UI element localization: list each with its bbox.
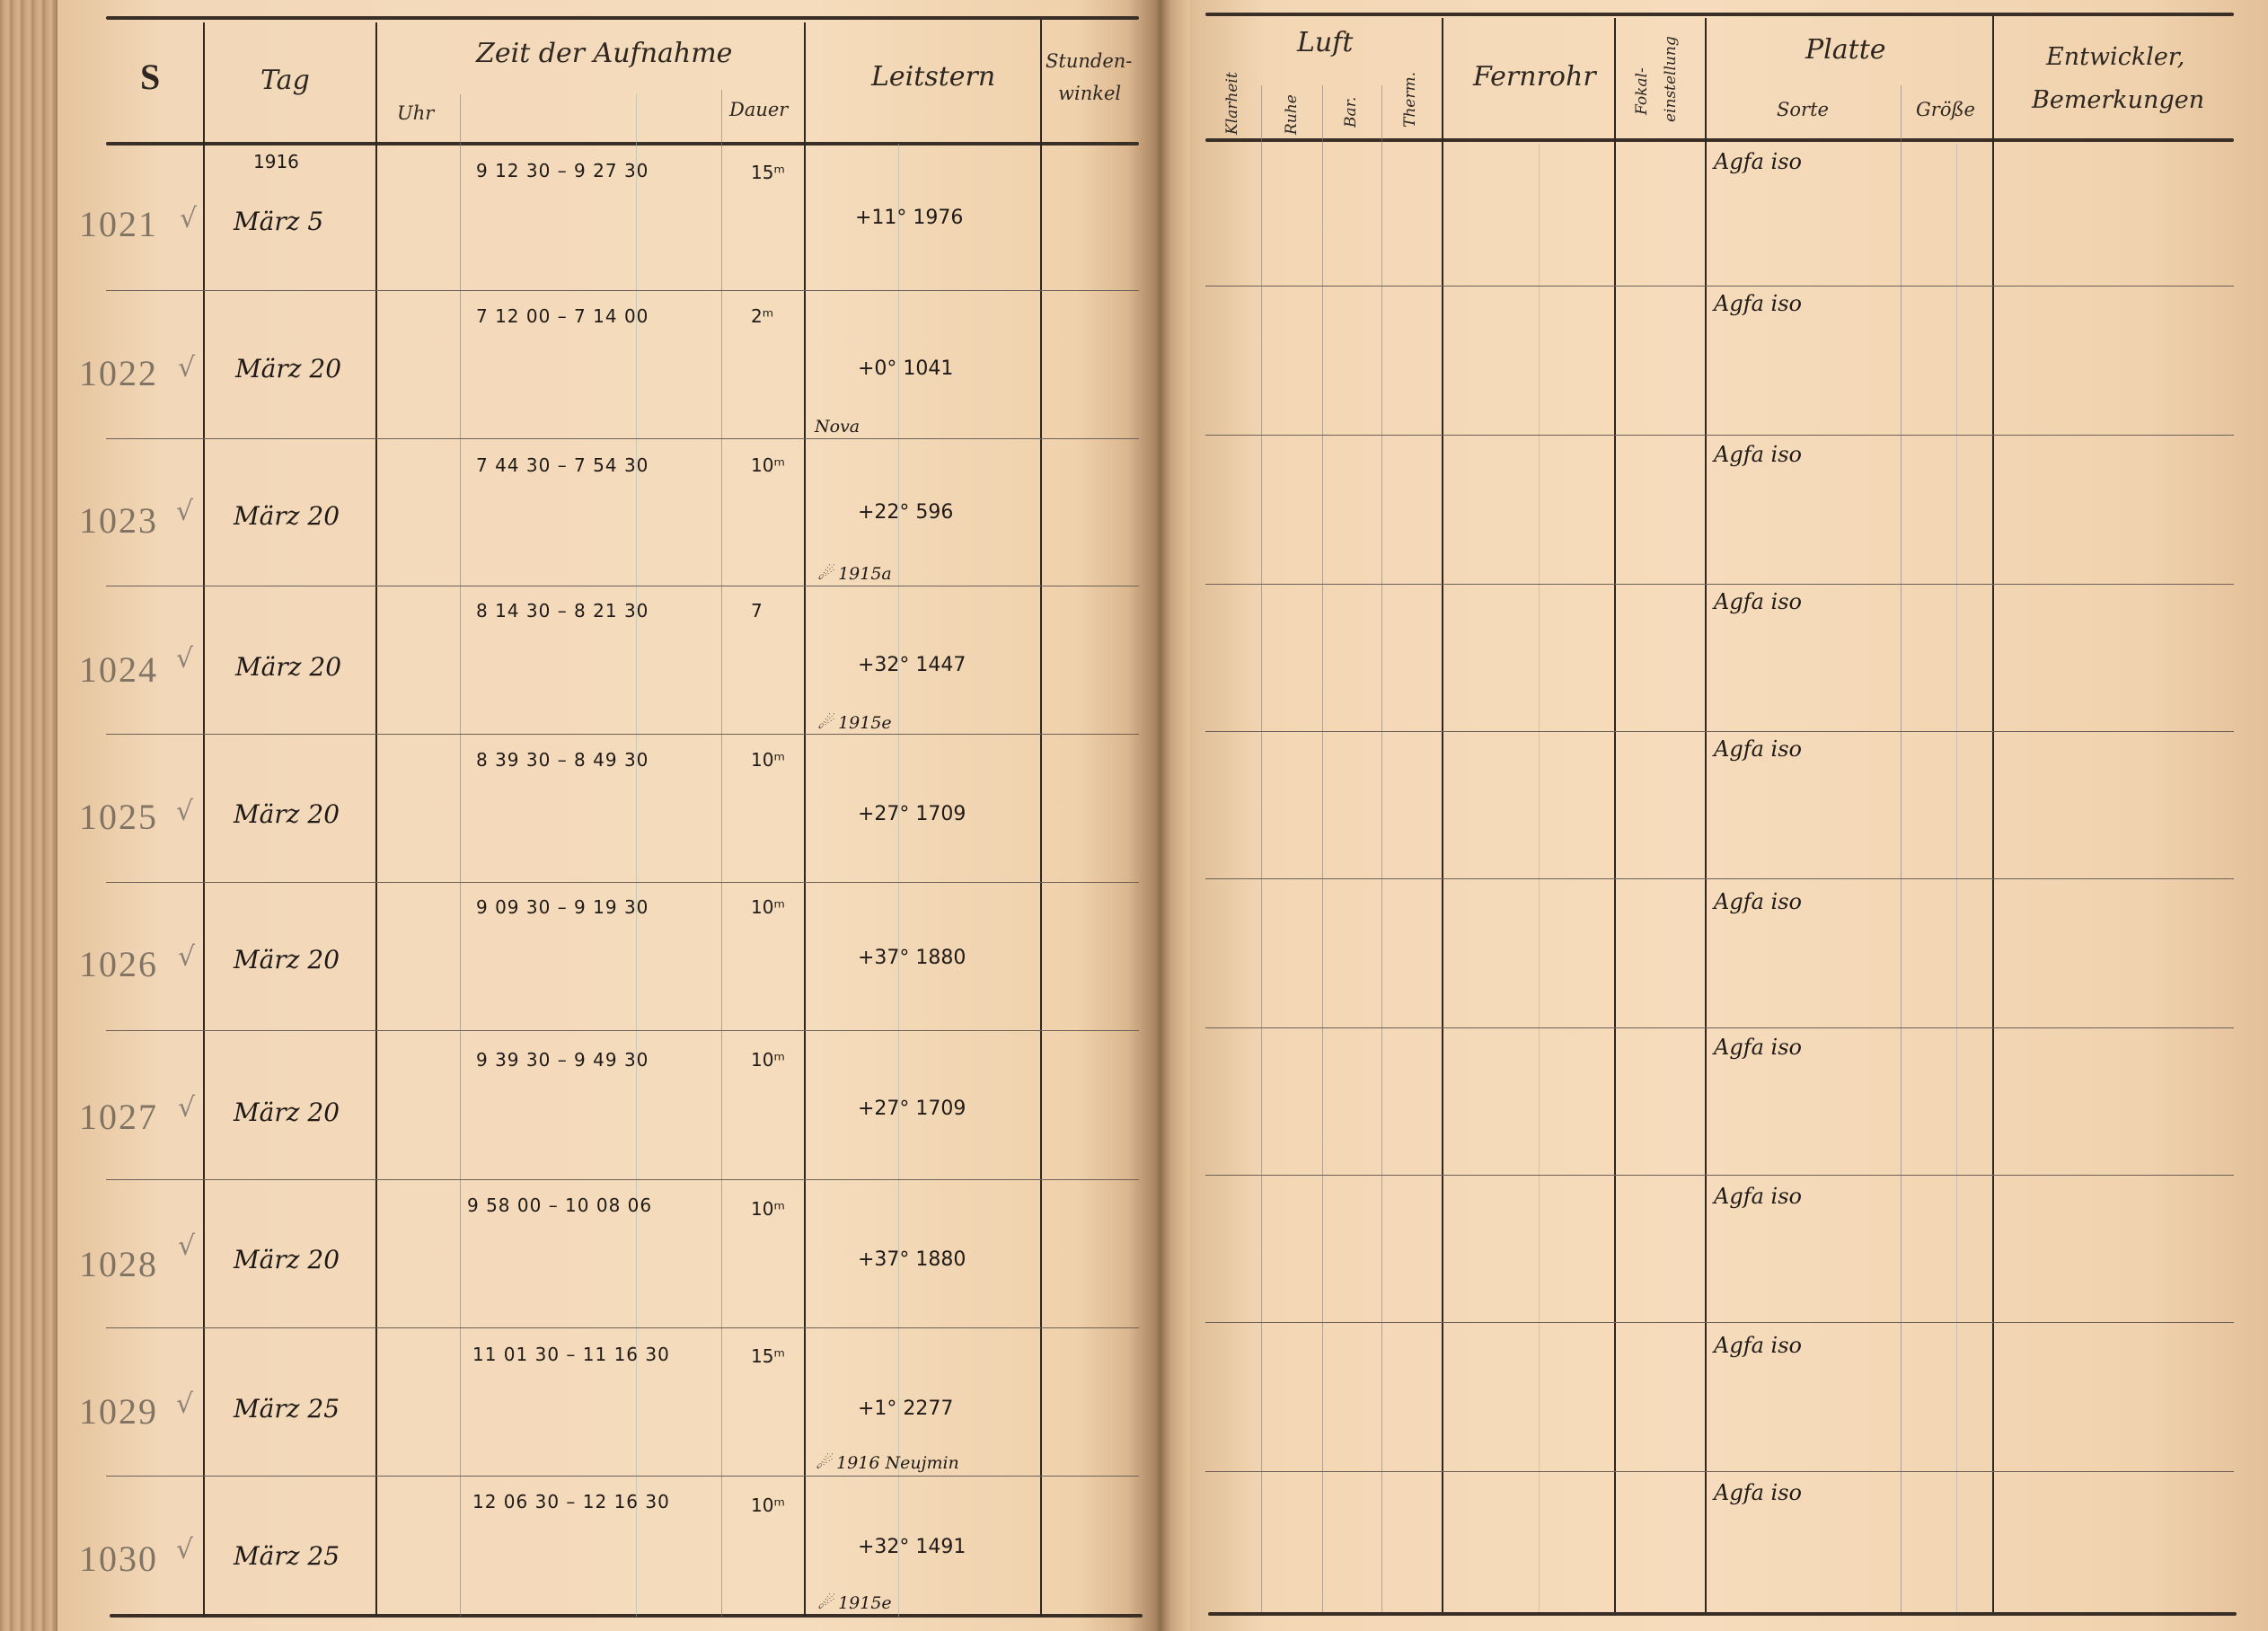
header-stundenwinkel-line2: winkel — [1058, 83, 1121, 104]
header-luft: Luft — [1297, 27, 1353, 58]
col-divider-thin — [1381, 85, 1382, 1612]
duration: 10ᵐ — [751, 749, 785, 771]
check-mark: √ — [178, 941, 195, 973]
check-mark: √ — [176, 796, 193, 827]
note: Nova — [815, 417, 860, 436]
exposure-time: 12 06 30 – 12 16 30 — [472, 1491, 670, 1512]
bottom-rule-right — [1208, 1612, 2237, 1616]
header-entwickler: Entwickler, — [2046, 43, 2184, 71]
exposure-time: 8 39 30 – 8 49 30 — [476, 749, 649, 771]
plate-number: 1027 — [79, 1096, 158, 1138]
row-separator — [1205, 584, 2234, 585]
plate-number: 1021 — [79, 203, 158, 245]
guide-star: +32° 1491 — [858, 1536, 966, 1558]
exposure-time: 8 14 30 – 8 21 30 — [476, 600, 649, 622]
exposure-time: 9 09 30 – 9 19 30 — [476, 896, 649, 918]
guide-star: +32° 1447 — [858, 654, 966, 676]
date: März 20 — [235, 652, 341, 682]
note: ☄ 1915e — [817, 713, 892, 733]
header-bemerkungen: Bemerkungen — [2032, 86, 2204, 114]
duration: 10ᵐ — [751, 1494, 785, 1516]
row-separator — [106, 586, 1139, 586]
plate-number: 1022 — [79, 352, 158, 394]
header-uhr: Uhr — [397, 102, 434, 124]
duration: 7 — [751, 600, 763, 622]
row-separator — [106, 1179, 1139, 1180]
header-fernrohr: Fernrohr — [1473, 61, 1596, 93]
row-separator — [1205, 1322, 2234, 1323]
exposure-time: 7 44 30 – 7 54 30 — [476, 454, 649, 476]
row-separator — [1205, 435, 2234, 436]
row-separator — [106, 734, 1139, 735]
bottom-rule-left — [110, 1614, 1143, 1618]
date: März 20 — [234, 1245, 340, 1274]
row-separator — [106, 438, 1139, 439]
row-separator — [106, 290, 1139, 291]
row-separator — [1205, 878, 2234, 879]
plate-number: 1024 — [79, 648, 158, 691]
header-zeit-der-aufnahme: Zeit der Aufnahme — [476, 38, 732, 69]
check-mark: √ — [178, 1230, 195, 1262]
plate-type: Agfa iso — [1714, 442, 1802, 467]
plate-number: 1026 — [79, 943, 158, 985]
plate-type: Agfa iso — [1714, 291, 1802, 316]
duration: 2ᵐ — [751, 305, 773, 327]
date: März 20 — [235, 354, 341, 384]
col-divider-thin — [1322, 85, 1323, 1612]
date: März 20 — [234, 1098, 340, 1127]
plate-number: 1029 — [79, 1390, 158, 1433]
plate-number: 1025 — [79, 796, 158, 838]
check-mark: √ — [176, 1534, 193, 1565]
guide-star: +0° 1041 — [858, 357, 953, 380]
duration: 10ᵐ — [751, 1049, 785, 1071]
row-separator — [1205, 1471, 2234, 1472]
duration: 15ᵐ — [751, 162, 785, 183]
note: ☄ 1915e — [817, 1593, 892, 1613]
col-divider — [1040, 20, 1042, 1617]
plate-type: Agfa iso — [1714, 736, 1802, 762]
header-sorte: Sorte — [1777, 99, 1829, 120]
row-separator — [106, 1030, 1139, 1031]
note: ☄ 1916 Neujmin — [816, 1453, 959, 1473]
plate-number: 1023 — [79, 499, 158, 542]
date: März 5 — [234, 207, 323, 236]
year-label: 1916 — [253, 151, 299, 172]
plate-type: Agfa iso — [1714, 1184, 1802, 1209]
header-therm: Therm. — [1401, 72, 1419, 128]
header-platte: Platte — [1805, 34, 1886, 66]
col-divider — [1614, 18, 1616, 1612]
row-separator — [1205, 286, 2234, 287]
note: ☄ 1915a — [817, 564, 892, 584]
col-divider-thin — [721, 90, 722, 1617]
top-rule-right — [1205, 13, 2234, 16]
row-separator — [1205, 1027, 2234, 1028]
header-tag: Tag — [260, 65, 310, 96]
exposure-time: 9 58 00 – 10 08 06 — [467, 1195, 652, 1216]
col-divider — [804, 22, 806, 1617]
row-separator — [106, 1327, 1139, 1328]
left-page — [0, 0, 1159, 1631]
header-bar: Bar. — [1342, 97, 1360, 128]
plate-type: Agfa iso — [1714, 1035, 1802, 1060]
right-page — [1159, 0, 2268, 1631]
top-rule-left — [106, 16, 1139, 20]
exposure-time: 9 39 30 – 9 49 30 — [476, 1049, 649, 1071]
col-divider — [1705, 18, 1707, 1612]
row-separator — [1205, 1175, 2234, 1176]
date: März 20 — [234, 501, 340, 531]
date: März 20 — [234, 799, 340, 829]
check-mark: √ — [178, 1092, 195, 1124]
page-edges — [0, 0, 56, 1631]
header-leitstern: Leitstern — [871, 61, 995, 93]
row-separator — [1205, 731, 2234, 732]
duration: 10ᵐ — [751, 1198, 785, 1220]
guide-star: +11° 1976 — [855, 207, 963, 229]
book-gutter — [1127, 0, 1190, 1631]
check-mark: √ — [176, 496, 193, 527]
col-divider — [1992, 16, 1994, 1612]
check-mark: √ — [176, 643, 193, 674]
guide-star: +1° 2277 — [858, 1397, 953, 1420]
duration: 10ᵐ — [751, 454, 785, 476]
exposure-time: 9 12 30 – 9 27 30 — [476, 160, 649, 181]
check-mark: √ — [180, 203, 197, 234]
row-separator — [106, 882, 1139, 883]
date: März 20 — [234, 945, 340, 974]
guide-star: +37° 1880 — [858, 947, 966, 969]
guide-star: +27° 1709 — [858, 803, 966, 825]
header-ruhe: Ruhe — [1283, 94, 1301, 135]
header-groesse: Größe — [1916, 99, 1975, 120]
plate-type: Agfa iso — [1714, 1333, 1802, 1358]
guide-star: +27° 1709 — [858, 1098, 966, 1120]
plate-type: Agfa iso — [1714, 149, 1802, 174]
date: März 25 — [234, 1394, 340, 1424]
header-rule-left — [106, 142, 1139, 145]
header-rule-right — [1205, 138, 2234, 142]
header-fokal-line2: einstellung — [1662, 36, 1680, 122]
page-edge-line — [56, 0, 57, 1631]
check-mark: √ — [176, 1389, 193, 1420]
col-divider-thin — [1901, 85, 1902, 1612]
header-klarheit: Klarheit — [1223, 72, 1241, 135]
header-fokal-line1: Fokal- — [1633, 67, 1651, 115]
col-divider — [1442, 18, 1443, 1612]
col-divider — [203, 22, 205, 1617]
guide-star: +37° 1880 — [858, 1248, 966, 1271]
plate-type: Agfa iso — [1714, 1480, 1802, 1505]
duration: 10ᵐ — [751, 896, 785, 918]
plate-number: 1028 — [79, 1243, 158, 1285]
col-divider-thin — [460, 94, 461, 1617]
check-mark: √ — [178, 352, 195, 384]
header-dauer: Dauer — [729, 99, 788, 120]
exposure-time: 7 12 00 – 7 14 00 — [476, 305, 649, 327]
guide-star: +22° 596 — [858, 501, 953, 524]
plate-type: Agfa iso — [1714, 889, 1802, 914]
header-s: S — [140, 56, 160, 98]
duration: 15ᵐ — [751, 1345, 785, 1367]
plate-number: 1030 — [79, 1538, 158, 1580]
date: März 25 — [234, 1541, 340, 1571]
row-separator — [106, 1476, 1139, 1477]
exposure-time: 11 01 30 – 11 16 30 — [472, 1344, 670, 1365]
col-divider-thin — [1261, 85, 1262, 1612]
header-stundenwinkel-line1: Stunden- — [1046, 50, 1132, 72]
plate-type: Agfa iso — [1714, 589, 1802, 614]
col-divider — [375, 22, 377, 1617]
